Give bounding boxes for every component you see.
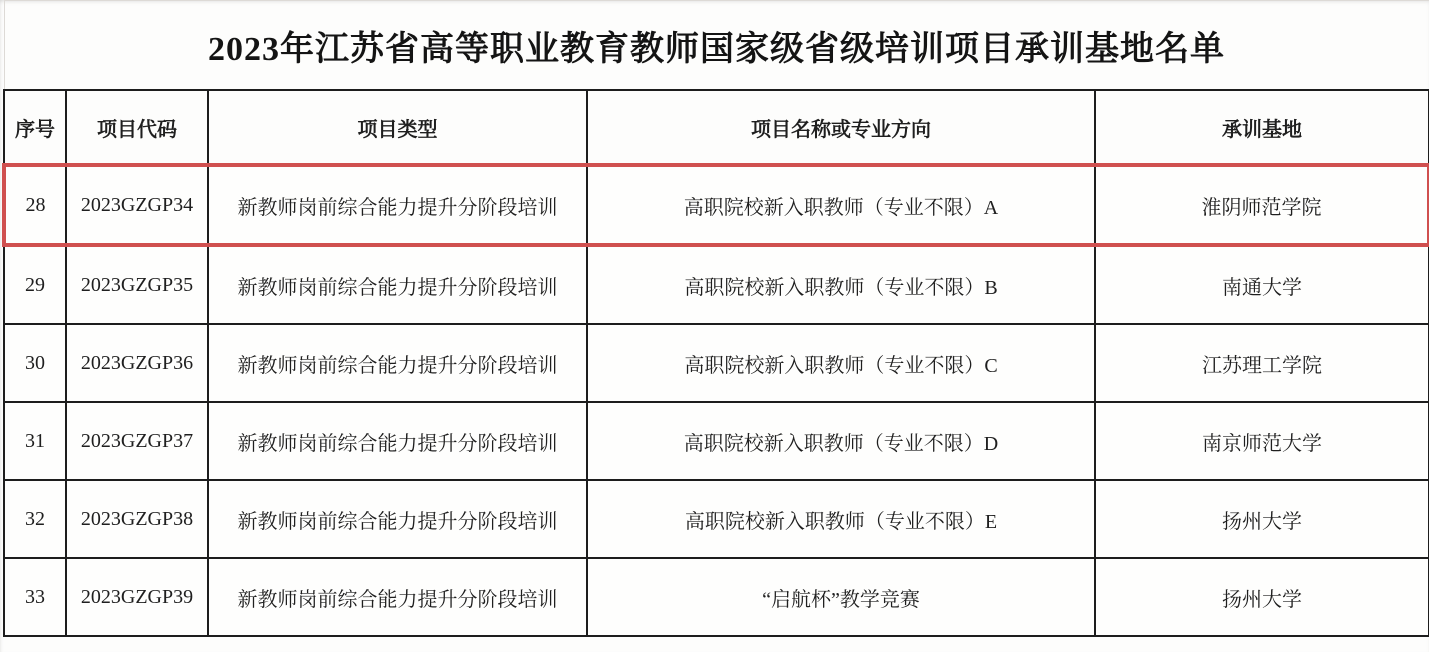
cell-project-code: 2023GZGP39 [66,558,208,636]
document-page: 2023年江苏省高等职业教育教师国家级省级培训项目承训基地名单 序号 项目代码 … [0,0,1429,652]
header-project-type: 项目类型 [208,90,587,165]
cell-project-code: 2023GZGP36 [66,324,208,402]
table-row: 28 2023GZGP34 新教师岗前综合能力提升分阶段培训 高职院校新入职教师… [4,165,1429,245]
title-row: 2023年江苏省高等职业教育教师国家级省级培训项目承训基地名单 [4,1,1429,91]
table-row: 32 2023GZGP38 新教师岗前综合能力提升分阶段培训 高职院校新入职教师… [4,480,1429,558]
cell-project-name: 高职院校新入职教师（专业不限）A [587,165,1095,245]
training-base-table: 2023年江苏省高等职业教育教师国家级省级培训项目承训基地名单 序号 项目代码 … [2,0,1429,637]
cell-serial-number: 30 [4,324,66,402]
cell-project-code: 2023GZGP35 [66,245,208,324]
table-row: 33 2023GZGP39 新教师岗前综合能力提升分阶段培训 “启航杯”教学竞赛… [4,558,1429,636]
cell-training-base: 南通大学 [1095,245,1429,324]
cell-project-name: 高职院校新入职教师（专业不限）C [587,324,1095,402]
cell-project-type: 新教师岗前综合能力提升分阶段培训 [208,480,587,558]
table-body: 2023年江苏省高等职业教育教师国家级省级培训项目承训基地名单 序号 项目代码 … [4,1,1429,637]
cell-serial-number: 31 [4,402,66,480]
table-row: 30 2023GZGP36 新教师岗前综合能力提升分阶段培训 高职院校新入职教师… [4,324,1429,402]
cell-serial-number: 29 [4,245,66,324]
cell-serial-number: 28 [4,165,66,245]
cell-project-name: 高职院校新入职教师（专业不限）E [587,480,1095,558]
cell-project-type: 新教师岗前综合能力提升分阶段培训 [208,245,587,324]
cell-training-base: 淮阴师范学院 [1095,165,1429,245]
cell-training-base: 南京师范大学 [1095,402,1429,480]
table-header-row: 序号 项目代码 项目类型 项目名称或专业方向 承训基地 [4,90,1429,165]
table-row: 31 2023GZGP37 新教师岗前综合能力提升分阶段培训 高职院校新入职教师… [4,402,1429,480]
cell-project-code: 2023GZGP37 [66,402,208,480]
cell-training-base: 扬州大学 [1095,480,1429,558]
header-project-code: 项目代码 [66,90,208,165]
cell-training-base: 江苏理工学院 [1095,324,1429,402]
page-title: 2023年江苏省高等职业教育教师国家级省级培训项目承训基地名单 [4,1,1429,91]
cell-serial-number: 32 [4,480,66,558]
cell-project-type: 新教师岗前综合能力提升分阶段培训 [208,324,587,402]
table-row: 29 2023GZGP35 新教师岗前综合能力提升分阶段培训 高职院校新入职教师… [4,245,1429,324]
header-project-name: 项目名称或专业方向 [587,90,1095,165]
cell-serial-number: 33 [4,558,66,636]
cell-project-code: 2023GZGP34 [66,165,208,245]
cell-project-name: 高职院校新入职教师（专业不限）B [587,245,1095,324]
cell-project-name: “启航杯”教学竞赛 [587,558,1095,636]
cell-training-base: 扬州大学 [1095,558,1429,636]
cell-project-name: 高职院校新入职教师（专业不限）D [587,402,1095,480]
cell-project-code: 2023GZGP38 [66,480,208,558]
cell-project-type: 新教师岗前综合能力提升分阶段培训 [208,402,587,480]
header-serial-number: 序号 [4,90,66,165]
header-training-base: 承训基地 [1095,90,1429,165]
cell-project-type: 新教师岗前综合能力提升分阶段培训 [208,558,587,636]
cell-project-type: 新教师岗前综合能力提升分阶段培训 [208,165,587,245]
